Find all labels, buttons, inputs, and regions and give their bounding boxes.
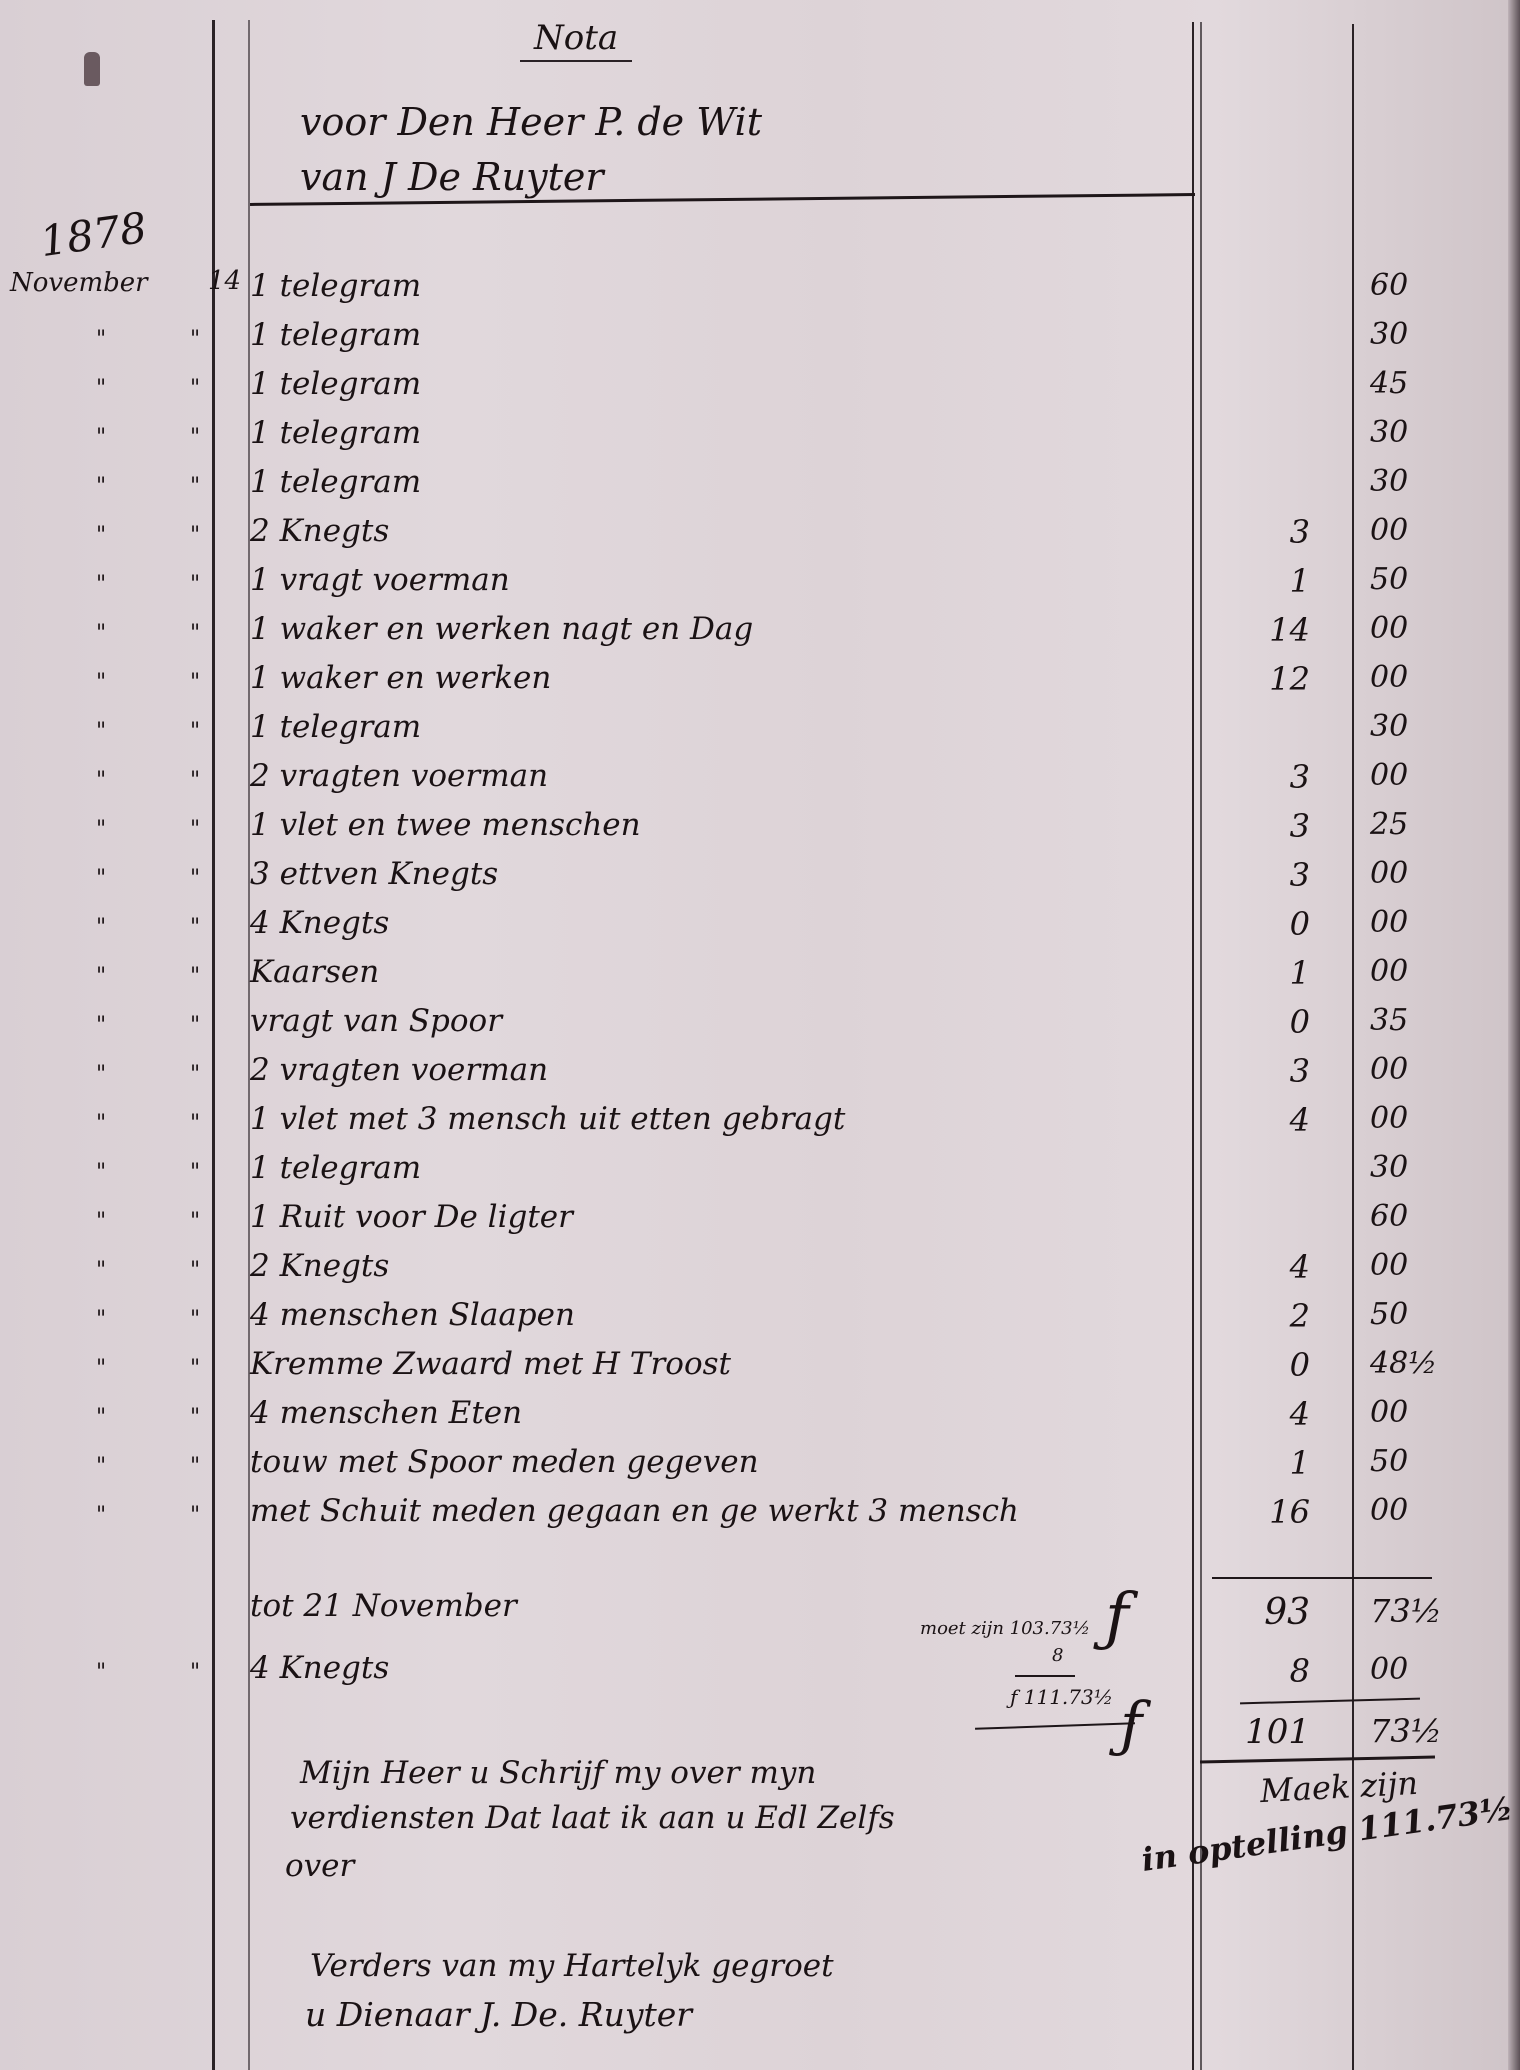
entry-description: 1 vlet en twee menschen bbox=[250, 807, 641, 843]
ditto-day: " bbox=[190, 1660, 200, 1685]
entry-cents: 30 bbox=[1370, 317, 1408, 352]
ditto-date: " bbox=[96, 915, 106, 940]
total-cents: 73½ bbox=[1370, 1712, 1442, 1750]
ditto-date: " bbox=[96, 1454, 106, 1479]
entry-description: touw met Spoor meden gegeven bbox=[250, 1444, 759, 1480]
entry-cents: 00 bbox=[1370, 1395, 1408, 1430]
entry-description: 1 telegram bbox=[250, 1150, 421, 1186]
ditto-day: " bbox=[190, 817, 200, 842]
total-underline bbox=[1200, 1756, 1435, 1764]
entry-cents: 50 bbox=[1370, 1444, 1408, 1479]
ditto-day: " bbox=[190, 1209, 200, 1234]
closing-line-1: Verders van my Hartelyk gegroet bbox=[310, 1948, 834, 1984]
ditto-day: " bbox=[190, 425, 200, 450]
rule-date-column bbox=[212, 20, 215, 2070]
month: November bbox=[10, 268, 148, 298]
ditto-date: " bbox=[96, 523, 106, 548]
ditto-day: " bbox=[190, 964, 200, 989]
entry-cents: 30 bbox=[1370, 415, 1408, 450]
total-guilders: 101 bbox=[1210, 1712, 1310, 1752]
entry-description: 4 Knegts bbox=[250, 905, 389, 941]
entry-guilders: 4 bbox=[1210, 1248, 1310, 1286]
entry-description: met Schuit meden gegaan en ge werkt 3 me… bbox=[250, 1493, 1019, 1529]
margin-note-underline bbox=[975, 1722, 1135, 1730]
entry-description: 1 telegram bbox=[250, 317, 421, 353]
entry-cents: 25 bbox=[1370, 807, 1408, 842]
entry-guilders: 3 bbox=[1210, 856, 1310, 894]
entry-description: 1 Ruit voor De ligter bbox=[250, 1199, 573, 1235]
ditto-day: " bbox=[190, 621, 200, 646]
entry-description: 1 telegram bbox=[250, 415, 421, 451]
entry-description: 1 vlet met 3 mensch uit etten gebragt bbox=[250, 1101, 845, 1137]
ditto-date: " bbox=[96, 1013, 106, 1038]
ditto-date: " bbox=[96, 1405, 106, 1430]
ditto-date: " bbox=[96, 1307, 106, 1332]
entry-cents: 00 bbox=[1370, 856, 1408, 891]
extra-guilders: 8 bbox=[1210, 1652, 1310, 1690]
entry-description: 1 waker en werken nagt en Dag bbox=[250, 611, 753, 647]
rule-cents bbox=[1352, 24, 1354, 2070]
entry-cents: 48½ bbox=[1370, 1346, 1437, 1381]
entry-cents: 60 bbox=[1370, 1199, 1408, 1234]
ditto-date: " bbox=[96, 1503, 106, 1528]
entry-cents: 35 bbox=[1370, 1003, 1408, 1038]
florin-mark-2: ƒ bbox=[1120, 1690, 1142, 1760]
entry-guilders: 0 bbox=[1210, 905, 1310, 943]
entry-guilders: 16 bbox=[1210, 1493, 1310, 1531]
ditto-date: " bbox=[96, 1160, 106, 1185]
margin-note-3: ƒ 111.73½ bbox=[1010, 1685, 1113, 1709]
entry-description: 1 vragt voerman bbox=[250, 562, 510, 598]
ditto-day: " bbox=[190, 523, 200, 548]
entry-guilders: 1 bbox=[1210, 562, 1310, 600]
ditto-date: " bbox=[96, 1356, 106, 1381]
entry-description: 1 telegram bbox=[250, 268, 421, 304]
ditto-day: " bbox=[190, 866, 200, 891]
ditto-day: " bbox=[190, 1160, 200, 1185]
entry-guilders: 2 bbox=[1210, 1297, 1310, 1335]
entry-cents: 00 bbox=[1370, 1052, 1408, 1087]
ditto-day: " bbox=[190, 1258, 200, 1283]
entry-guilders: 3 bbox=[1210, 807, 1310, 845]
ditto-day: " bbox=[190, 1307, 200, 1332]
entry-cents: 00 bbox=[1370, 954, 1408, 989]
closing-line-2: u Dienaar J. De. Ruyter bbox=[305, 1995, 692, 2034]
ditto-date: " bbox=[96, 425, 106, 450]
ditto-date: " bbox=[96, 1062, 106, 1087]
ditto-date: " bbox=[96, 621, 106, 646]
ditto-date: " bbox=[96, 474, 106, 499]
ditto-day: " bbox=[190, 327, 200, 352]
entry-cents: 00 bbox=[1370, 1493, 1408, 1528]
entry-cents: 00 bbox=[1370, 513, 1408, 548]
subtotal-cents: 73½ bbox=[1370, 1592, 1442, 1630]
entry-cents: 45 bbox=[1370, 366, 1408, 401]
year: 1878 bbox=[37, 203, 150, 266]
letter-line-2: verdiensten Dat laat ik aan u Edl Zelfs bbox=[290, 1800, 895, 1836]
entry-guilders: 3 bbox=[1210, 1052, 1310, 1090]
ditto-date: " bbox=[96, 327, 106, 352]
entry-cents: 00 bbox=[1370, 1248, 1408, 1283]
ditto-day: " bbox=[190, 1503, 200, 1528]
entry-guilders: 12 bbox=[1210, 660, 1310, 698]
margin-note-2: 8 bbox=[1052, 1645, 1063, 1666]
entry-guilders: 3 bbox=[1210, 758, 1310, 796]
margin-note-rule bbox=[1015, 1675, 1075, 1677]
entry-description: 2 Knegts bbox=[250, 1248, 389, 1284]
letter-line-1: Mijn Heer u Schrijf my over myn bbox=[300, 1755, 816, 1791]
entry-guilders: 14 bbox=[1210, 611, 1310, 649]
entry-guilders: 4 bbox=[1210, 1395, 1310, 1433]
entry-guilders: 0 bbox=[1210, 1003, 1310, 1041]
entry-description: 4 menschen Slaapen bbox=[250, 1297, 575, 1333]
ditto-day: " bbox=[190, 670, 200, 695]
ditto-day: " bbox=[190, 1454, 200, 1479]
entry-description: 1 telegram bbox=[250, 464, 421, 500]
ditto-date: " bbox=[96, 376, 106, 401]
entry-description: 2 Knegts bbox=[250, 513, 389, 549]
entry-cents: 00 bbox=[1370, 758, 1408, 793]
entry-description: Kremme Zwaard met H Troost bbox=[250, 1346, 731, 1382]
paper-edge bbox=[1508, 0, 1520, 2070]
ditto-date: " bbox=[96, 817, 106, 842]
entry-cents: 50 bbox=[1370, 562, 1408, 597]
entry-description: 4 menschen Eten bbox=[250, 1395, 522, 1431]
entry-guilders: 1 bbox=[1210, 954, 1310, 992]
entry-cents: 00 bbox=[1370, 660, 1408, 695]
sender-line: van J De Ruyter bbox=[300, 155, 604, 199]
entry-description: vragt van Spoor bbox=[250, 1003, 502, 1039]
entry-cents: 60 bbox=[1370, 268, 1408, 303]
letter-line-3: over bbox=[285, 1848, 354, 1884]
ditto-day: " bbox=[190, 1111, 200, 1136]
entry-description: Kaarsen bbox=[250, 954, 379, 990]
entry-description: 3 ettven Knegts bbox=[250, 856, 498, 892]
document-title: Nota bbox=[520, 18, 632, 62]
entry-cents: 00 bbox=[1370, 611, 1408, 646]
ditto-date: " bbox=[96, 866, 106, 891]
ditto-day: " bbox=[190, 1356, 200, 1381]
punch-hole bbox=[84, 52, 100, 86]
ditto-day: " bbox=[190, 768, 200, 793]
ditto-date: " bbox=[96, 719, 106, 744]
margin-note-1: moet zijn 103.73½ bbox=[920, 1618, 1090, 1639]
ditto-day: " bbox=[190, 719, 200, 744]
ditto-day: " bbox=[190, 572, 200, 597]
entry-guilders: 4 bbox=[1210, 1101, 1310, 1139]
subtotal-guilders: 93 bbox=[1210, 1592, 1310, 1633]
entry-description: 2 vragten voerman bbox=[250, 758, 548, 794]
extra-entry: 4 Knegts bbox=[250, 1650, 389, 1686]
entry-cents: 30 bbox=[1370, 709, 1408, 744]
ditto-date: " bbox=[96, 572, 106, 597]
ditto-day: " bbox=[190, 474, 200, 499]
entry-cents: 30 bbox=[1370, 464, 1408, 499]
ditto-date: " bbox=[96, 670, 106, 695]
continuation-line: tot 21 November bbox=[250, 1588, 517, 1624]
entry-guilders: 3 bbox=[1210, 513, 1310, 551]
ditto-day: " bbox=[190, 376, 200, 401]
total-rule bbox=[1240, 1698, 1420, 1705]
entry-cents: 50 bbox=[1370, 1297, 1408, 1332]
first-day: 14 bbox=[208, 266, 241, 296]
entry-cents: 00 bbox=[1370, 1101, 1408, 1136]
ditto-day: " bbox=[190, 1013, 200, 1038]
ditto-date: " bbox=[96, 1258, 106, 1283]
correction-line-1: Maek zijn bbox=[1259, 1764, 1419, 1810]
ditto-day: " bbox=[190, 1405, 200, 1430]
ditto-date: " bbox=[96, 1111, 106, 1136]
ditto-date: " bbox=[96, 1209, 106, 1234]
ditto-day: " bbox=[190, 1062, 200, 1087]
entry-guilders: 1 bbox=[1210, 1444, 1310, 1482]
extra-cents: 00 bbox=[1370, 1652, 1408, 1687]
ditto-date: " bbox=[96, 964, 106, 989]
entry-guilders: 0 bbox=[1210, 1346, 1310, 1384]
entry-description: 2 vragten voerman bbox=[250, 1052, 548, 1088]
entry-cents: 00 bbox=[1370, 905, 1408, 940]
ditto-date: " bbox=[96, 768, 106, 793]
addressee-line: voor Den Heer P. de Wit bbox=[300, 100, 762, 144]
ditto-date: " bbox=[96, 1660, 106, 1685]
ditto-day: " bbox=[190, 915, 200, 940]
entry-description: 1 telegram bbox=[250, 709, 421, 745]
florin-mark-1: ƒ bbox=[1105, 1580, 1129, 1654]
entry-description: 1 telegram bbox=[250, 366, 421, 402]
subtotal-rule bbox=[1212, 1577, 1432, 1579]
rule-amount-left bbox=[1192, 22, 1194, 2070]
entry-cents: 30 bbox=[1370, 1150, 1408, 1185]
entry-description: 1 waker en werken bbox=[250, 660, 551, 696]
